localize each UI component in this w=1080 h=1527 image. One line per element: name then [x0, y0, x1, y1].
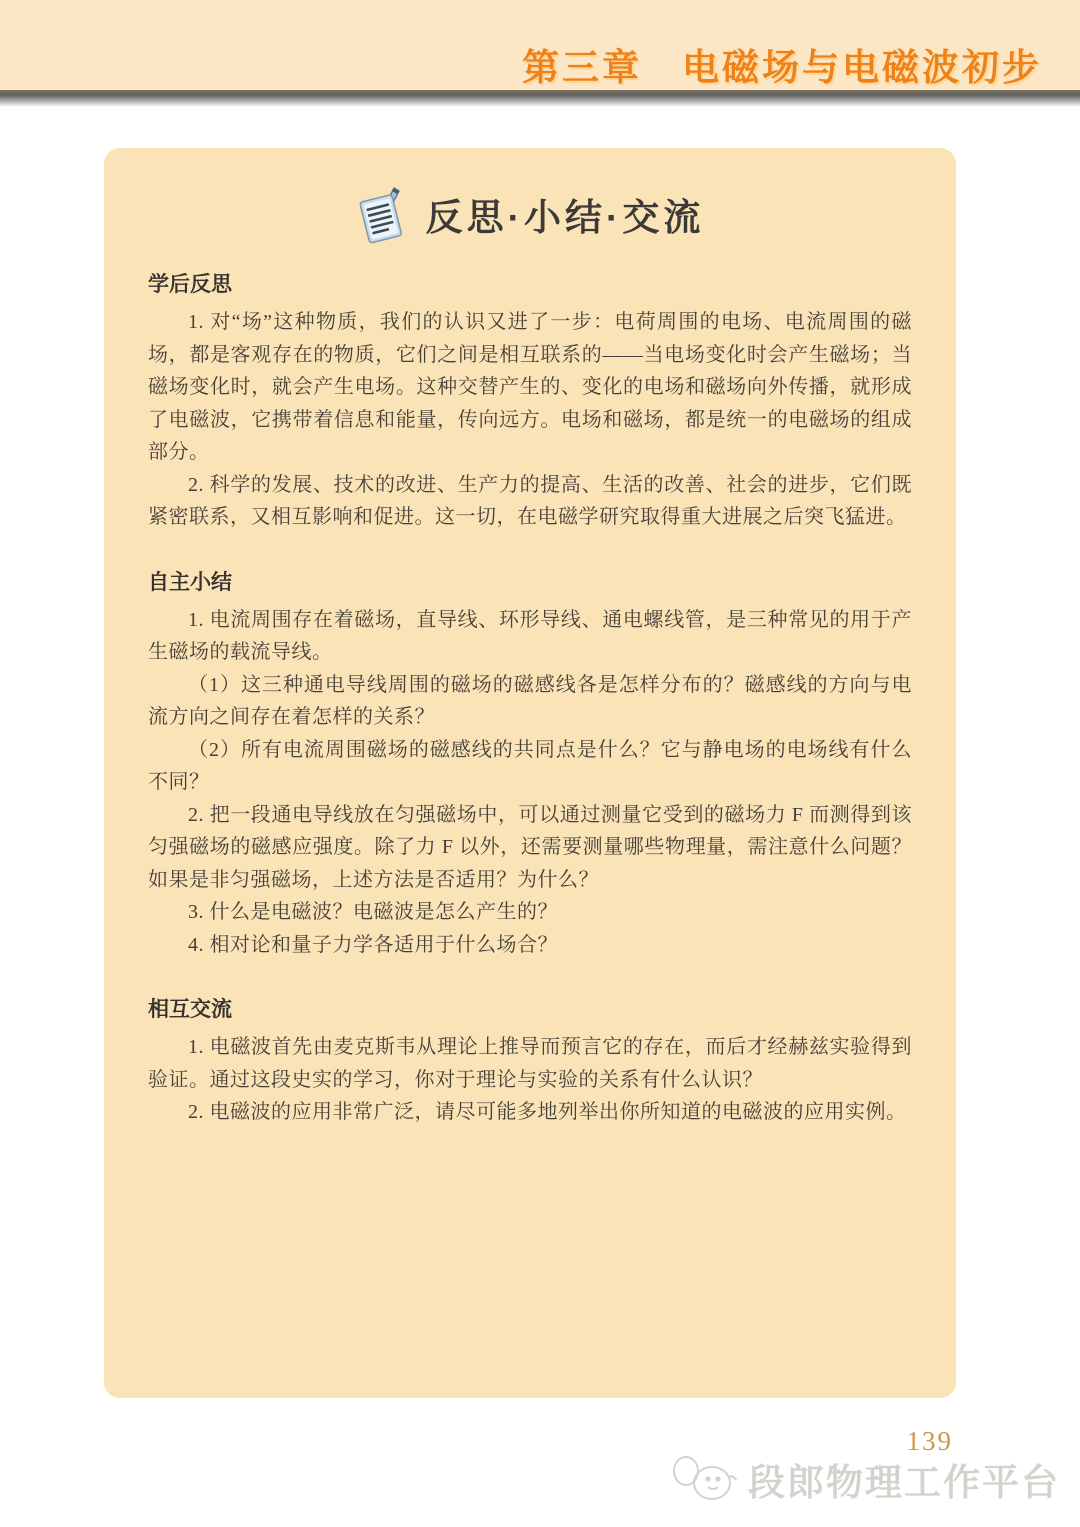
- panel-title: 反思·小结·交流: [426, 187, 705, 241]
- content-panel: 反思·小结·交流 学后反思1. 对“场”这种物质，我们的认识又进了一步：电荷周围…: [104, 148, 956, 1398]
- paragraph: 1. 电流周围存在着磁场，直导线、环形导线、通电螺线管，是三种常见的用于产生磁场…: [148, 604, 912, 669]
- section-heading: 相互交流: [148, 993, 912, 1023]
- section: 相互交流1. 电磁波首先由麦克斯韦从理论上推导而预言它的存在，而后才经赫兹实验得…: [148, 993, 912, 1129]
- section: 学后反思1. 对“场”这种物质，我们的认识又进了一步：电荷周围的电场、电流周围的…: [148, 268, 912, 534]
- header-shadow-divider: [0, 90, 1080, 107]
- paragraph: 1. 对“场”这种物质，我们的认识又进了一步：电荷周围的电场、电流周围的磁场，都…: [148, 306, 912, 469]
- paragraph: （2）所有电流周围磁场的磁感线的共同点是什么？它与静电场的电场线有什么不同？: [148, 734, 912, 799]
- textbook-page: { "header": { "chapter_title": "第三章 电磁场与…: [0, 0, 1080, 1527]
- paragraph: 4. 相对论和量子力学各适用于什么场合？: [148, 929, 912, 962]
- paragraph: 3. 什么是电磁波？电磁波是怎么产生的？: [148, 896, 912, 929]
- watermark: 段郎物理工作平台: [670, 1452, 1060, 1506]
- paragraph: 2. 把一段通电导线放在匀强磁场中，可以通过测量它受到的磁场力 F 而测得到该匀…: [148, 799, 912, 897]
- paragraph: 2. 科学的发展、技术的改进、生产力的提高、生活的改善、社会的进步，它们既紧密联…: [148, 469, 912, 534]
- doodle-figures-icon: [670, 1453, 740, 1505]
- section-heading: 自主小结: [148, 566, 912, 596]
- paragraph: 1. 电磁波首先由麦克斯韦从理论上推导而预言它的存在，而后才经赫兹实验得到验证。…: [148, 1031, 912, 1096]
- section: 自主小结1. 电流周围存在着磁场，直导线、环形导线、通电螺线管，是三种常见的用于…: [148, 566, 912, 962]
- section-heading: 学后反思: [148, 268, 912, 298]
- paragraph: （1）这三种通电导线周围的磁场的磁感线各是怎样分布的？磁感线的方向与电流方向之间…: [148, 669, 912, 734]
- sections: 学后反思1. 对“场”这种物质，我们的认识又进了一步：电荷周围的电场、电流周围的…: [148, 268, 912, 1129]
- watermark-text: 段郎物理工作平台: [748, 1452, 1060, 1506]
- paragraph: 2. 电磁波的应用非常广泛，请尽可能多地列举出你所知道的电磁波的应用实例。: [148, 1096, 912, 1129]
- notebook-pencil-icon: [356, 184, 410, 244]
- chapter-title: 第三章 电磁场与电磁波初步: [522, 49, 1042, 86]
- panel-title-row: 反思·小结·交流: [148, 184, 912, 244]
- chapter-header-band: 第三章 电磁场与电磁波初步: [0, 0, 1080, 90]
